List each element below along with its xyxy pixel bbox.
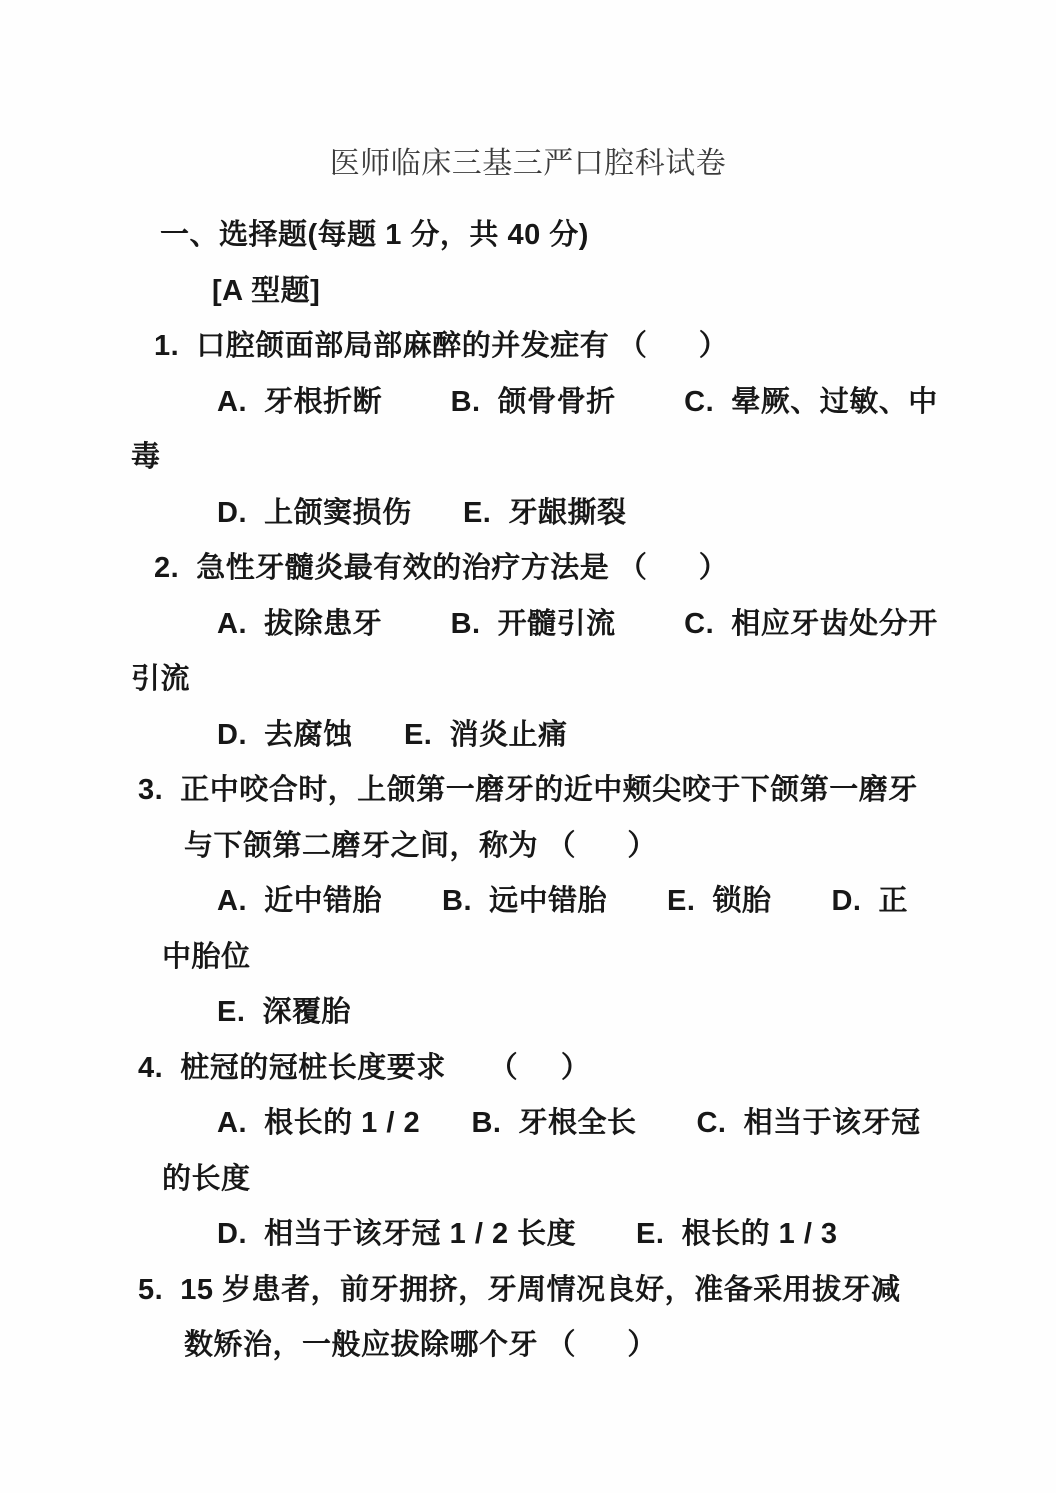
question-1-line: 毒	[0, 427, 1056, 483]
question-5-line: 数矫治，一般应拔除哪个牙 （ ）	[0, 1315, 1056, 1371]
question-2-line: 引流	[0, 649, 1056, 705]
question-5-line: 5. 15 岁患者，前牙拥挤，牙周情况良好，准备采用拔牙减	[0, 1260, 1056, 1316]
questions-list: 1. 口腔颌面部局部麻醉的并发症有 （ ）A. 牙根折断 B. 颌骨骨折 C. …	[0, 316, 1056, 1371]
document-title: 医师临床三基三严口腔科试卷	[0, 145, 1056, 183]
question-type-label: [A 型题]	[0, 261, 1056, 317]
question-4-line: A. 根长的 1 / 2 B. 牙根全长 C. 相当于该牙冠	[0, 1093, 1056, 1149]
exam-page: 医师临床三基三严口腔科试卷 一、选择题(每题 1 分，共 40 分) [A 型题…	[0, 0, 1056, 1493]
question-3-line: 与下颌第二磨牙之间，称为 （ ）	[0, 816, 1056, 872]
question-1-line: 1. 口腔颌面部局部麻醉的并发症有 （ ）	[0, 316, 1056, 372]
question-2-line: 2. 急性牙髓炎最有效的治疗方法是 （ ）	[0, 538, 1056, 594]
question-3-line: 中胎位	[0, 927, 1056, 983]
question-3-line: A. 近中错胎 B. 远中错胎 E. 锁胎 D. 正	[0, 871, 1056, 927]
question-4-line: D. 相当于该牙冠 1 / 2 长度 E. 根长的 1 / 3	[0, 1204, 1056, 1260]
question-3-line: 3. 正中咬合时，上颌第一磨牙的近中颊尖咬于下颌第一磨牙	[0, 760, 1056, 816]
question-1-line: D. 上颌窦损伤 E. 牙龈撕裂	[0, 483, 1056, 539]
exam-body: 一、选择题(每题 1 分，共 40 分) [A 型题] 1. 口腔颌面部局部麻醉…	[0, 205, 1056, 1371]
question-2-line: D. 去腐蚀 E. 消炎止痛	[0, 705, 1056, 761]
question-2-line: A. 拔除患牙 B. 开髓引流 C. 相应牙齿处分开	[0, 594, 1056, 650]
question-3-line: E. 深覆胎	[0, 982, 1056, 1038]
question-4-line: 4. 桩冠的冠桩长度要求 （ ）	[0, 1038, 1056, 1094]
question-1-line: A. 牙根折断 B. 颌骨骨折 C. 晕厥、过敏、中	[0, 372, 1056, 428]
section-heading: 一、选择题(每题 1 分，共 40 分)	[0, 205, 1056, 261]
question-4-line: 的长度	[0, 1149, 1056, 1205]
